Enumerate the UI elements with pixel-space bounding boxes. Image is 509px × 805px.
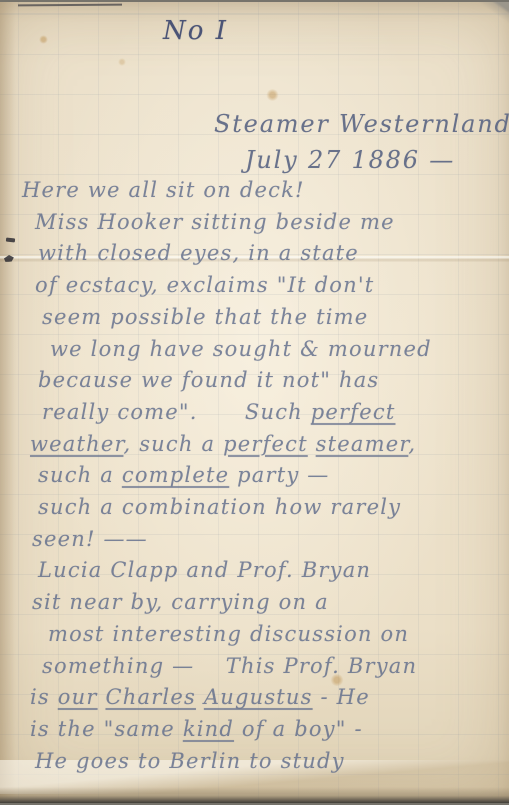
handwriting-segment — [308, 432, 316, 456]
underlined-word: perfect — [223, 432, 308, 456]
underlined-word: Augustus — [204, 685, 313, 709]
stain-spot — [118, 58, 126, 66]
handwriting-segment: , such a — [123, 432, 223, 456]
handwriting-line: is the "same kind of a boy" - — [30, 719, 363, 740]
heading-date: July 27 1886 — — [245, 148, 455, 172]
handwriting-line: Lucia Clapp and Prof. Bryan — [38, 560, 371, 581]
handwriting-segment: really come". Such — [42, 400, 311, 424]
handwriting-line: weather, such a perfect steamer, — [30, 434, 416, 455]
page-label: No I — [163, 18, 228, 44]
binding-mark — [6, 238, 15, 243]
handwriting-line: because we found it not" has — [38, 370, 379, 391]
handwriting-segment: Miss Hooker sitting beside me — [35, 210, 395, 234]
handwriting-line: is our Charles Augustus - He — [30, 687, 370, 708]
handwriting-line: of ecstacy, exclaims "It don't — [35, 275, 374, 296]
top-right-corner-shade — [463, 2, 509, 24]
handwriting-segment: - He — [313, 685, 370, 709]
handwriting-line: seen! —— — [32, 529, 148, 550]
handwriting-segment: is — [30, 685, 58, 709]
stain-spot — [266, 89, 279, 101]
handwriting-line: something — This Prof. Bryan — [42, 656, 417, 677]
handwriting-segment: of ecstacy, exclaims "It don't — [35, 273, 374, 297]
underlined-word: complete — [122, 463, 229, 487]
handwriting-segment: we long have sought & mourned — [50, 337, 432, 361]
handwriting-line: most interesting discussion on — [48, 624, 409, 645]
handwriting-segment: Here we all sit on deck! — [22, 178, 305, 202]
handwriting-line: such a complete party — — [38, 465, 330, 486]
underlined-word: Charles — [105, 685, 195, 709]
handwriting-line: seem possible that the time — [42, 307, 368, 328]
stain-spot — [39, 35, 48, 44]
handwriting-segment: party — — [229, 463, 329, 487]
handwriting-segment: most interesting discussion on — [48, 622, 409, 646]
underlined-word: weather — [30, 432, 123, 456]
left-edge-shade — [0, 2, 16, 803]
letter-paper: No I Steamer Westernland July 27 1886 — … — [0, 2, 509, 803]
photo-background: No I Steamer Westernland July 27 1886 — … — [0, 0, 509, 805]
handwriting-line: such a combination how rarely — [38, 497, 401, 518]
handwriting-segment — [196, 685, 204, 709]
handwriting-segment: sit near by, carrying on a — [32, 590, 329, 614]
handwriting-segment: such a — [38, 463, 122, 487]
handwriting-segment: of a boy" - — [234, 717, 363, 741]
handwriting-line: Miss Hooker sitting beside me — [35, 212, 395, 233]
handwriting-segment: He goes to Berlin to study — [35, 749, 345, 773]
underlined-word: kind — [183, 717, 234, 741]
handwriting-line: really come". Such perfect — [42, 402, 395, 423]
handwriting-segment: such a combination how rarely — [38, 495, 401, 519]
heading-place: Steamer Westernland — [214, 112, 509, 136]
handwriting-segment: is the "same — [30, 717, 183, 741]
handwriting-segment: Lucia Clapp and Prof. Bryan — [38, 558, 371, 582]
handwriting-segment: , — [408, 432, 416, 456]
handwriting-line: we long have sought & mourned — [50, 339, 432, 360]
handwriting-line: sit near by, carrying on a — [32, 592, 329, 613]
handwriting-line: with closed eyes, in a state — [38, 243, 359, 264]
handwriting-segment: seen! —— — [32, 527, 148, 551]
underlined-word: our — [58, 685, 98, 709]
handwriting-segment: seem possible that the time — [42, 305, 368, 329]
handwriting-segment: with closed eyes, in a state — [38, 241, 359, 265]
handwriting-segment: because we found it not" has — [38, 368, 379, 392]
underlined-word: steamer — [316, 432, 409, 456]
handwriting-line: Here we all sit on deck! — [22, 180, 305, 201]
handwriting-segment: something — This Prof. Bryan — [42, 654, 417, 678]
handwriting-line: He goes to Berlin to study — [35, 751, 345, 772]
underlined-word: perfect — [311, 400, 396, 424]
torn-bottom-edge — [0, 787, 509, 803]
